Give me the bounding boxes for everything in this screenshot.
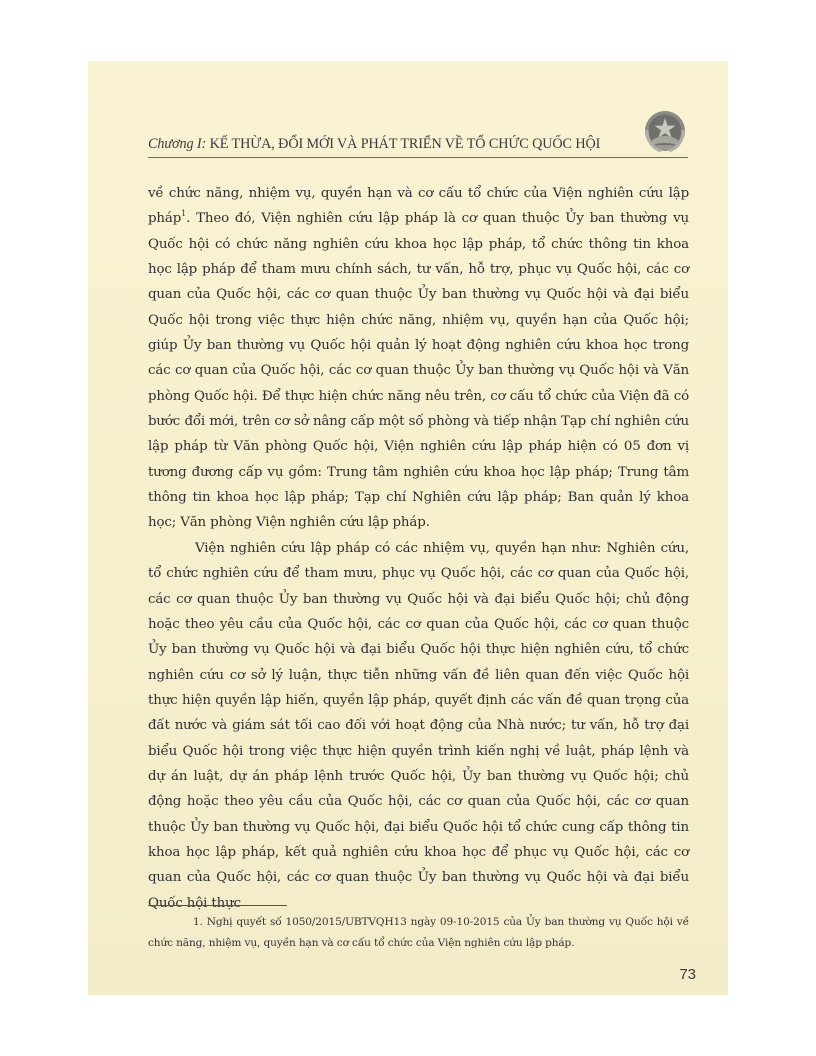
body-text: về chức năng, nhiệm vụ, quyền hạn và cơ …	[148, 181, 689, 916]
chapter-label: Chương I:	[148, 136, 206, 152]
footnote-1: 1. Nghị quyết số 1050/2015/UBTVQH13 ngày…	[148, 912, 689, 954]
book-page: Chương I: KẾ THỪA, ĐỔI MỚI VÀ PHÁT TRIỂN…	[88, 61, 728, 995]
page-number: 73	[672, 966, 696, 983]
footnote-separator	[148, 905, 287, 906]
running-header: Chương I: KẾ THỪA, ĐỔI MỚI VÀ PHÁT TRIỂN…	[148, 136, 688, 158]
chapter-title: KẾ THỪA, ĐỔI MỚI VÀ PHÁT TRIỂN VỀ TỔ CHỨ…	[210, 136, 601, 152]
paragraph-2: Viện nghiên cứu lập pháp có các nhiệm vụ…	[148, 536, 689, 916]
header-rule	[148, 157, 688, 158]
paragraph-1: về chức năng, nhiệm vụ, quyền hạn và cơ …	[148, 181, 689, 536]
national-emblem-icon	[643, 110, 687, 154]
